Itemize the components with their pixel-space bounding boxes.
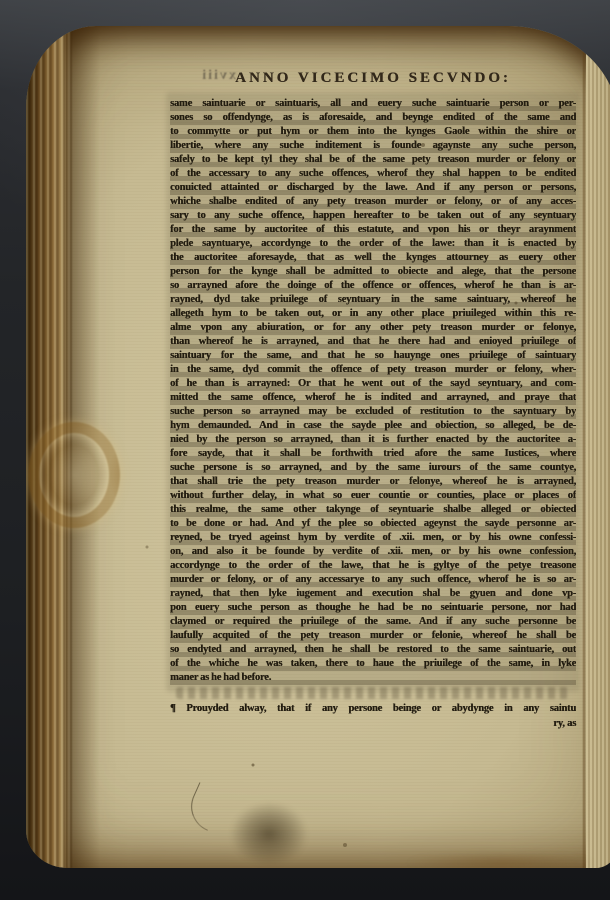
text-line: in the same, dyd commit the offence of p…: [170, 363, 576, 377]
text-line: the auctoritee aforesayde, that as well …: [170, 251, 576, 265]
text-line: person for the kynge shall be admitted t…: [170, 265, 576, 279]
text-line: so arrayned afore the doinge of the offe…: [170, 279, 576, 293]
page-title: ANNO VICECIMO SECVNDO:: [170, 70, 576, 87]
photo-background: xviii ANNO VICECIMO SECVNDO: same saintu…: [0, 0, 610, 900]
text-line: pon euery suche person as thoughe he had…: [170, 601, 576, 615]
text-line: sary to any suche offence, happen hereaf…: [170, 209, 576, 223]
glass-page-clip: [28, 422, 120, 528]
fore-edge-pages: [586, 26, 610, 868]
text-line: saintuary for the same, and that he so h…: [170, 349, 576, 363]
catchword: ry, as: [170, 717, 576, 731]
text-line: same saintuarie or saintuaris, all and e…: [170, 97, 576, 111]
text-line: without further delay, in what so euer c…: [170, 489, 576, 503]
stain-bottom-edge: [406, 852, 596, 868]
text-line: to be done or had. And yf the plee so ob…: [170, 517, 576, 531]
pilcrow-mark: ¶: [170, 703, 175, 714]
text-line: claymed or required the priuilege of the…: [170, 615, 576, 629]
book-page: xviii ANNO VICECIMO SECVNDO: same saintu…: [26, 26, 610, 868]
text-line: to commytte or put hym or them into the …: [170, 125, 576, 139]
text-line: than whereof he is arrayned, and that he…: [170, 335, 576, 349]
text-line: alme vpon any abiuration, or for any oth…: [170, 321, 576, 335]
text-line: of he than is arrayned: Or that he went …: [170, 377, 576, 391]
text-line: of the whiche he was taken, there to hau…: [170, 657, 576, 671]
text-line: accordynge to the order of the lawe, tha…: [170, 559, 576, 573]
text-line: rayned, that then lyke iugement and exec…: [170, 587, 576, 601]
text-line: that shall trie the pety treason murder …: [170, 475, 576, 489]
text-line: on, and also it be founde by verdite of …: [170, 545, 576, 559]
text-line: conuicted attainted or discharged by the…: [170, 181, 576, 195]
text-block: same saintuarie or saintuaris, all and e…: [170, 97, 576, 685]
text-line: maner as he had before.: [170, 671, 576, 685]
ink-showthrough-band: [176, 687, 568, 699]
text-line: this realme, the same other takynge of s…: [170, 503, 576, 517]
text-line: safely to be kept tyl they shal be of th…: [170, 153, 576, 167]
text-line: so endyted and arrayned, then he shall b…: [170, 643, 576, 657]
stain-fingerprint: [230, 802, 308, 866]
proviso-paragraph: ¶ Prouyded alway, that if any persone be…: [170, 702, 576, 716]
text-line: laufully acquited of the pety treason mu…: [170, 629, 576, 643]
proviso-text: Prouyded alway, that if any persone bein…: [186, 703, 576, 714]
text-line: murder or felony, or of any accessarye t…: [170, 573, 576, 587]
text-line: whiche shalbe endited of any pety treaso…: [170, 195, 576, 209]
text-line: rayned, dyd take priuilege of seyntuary …: [170, 293, 576, 307]
paper-specks: [26, 26, 28, 28]
text-line: mitted the same offence, wherof he is in…: [170, 391, 576, 405]
text-line: libertie, where any suche inditement is …: [170, 139, 576, 153]
text-line: for the same by auctoritee of this estat…: [170, 223, 576, 237]
text-line: fore sayde, that it shall be forthwith t…: [170, 447, 576, 461]
text-line: plede sayntuarye, accordynge to the orde…: [170, 237, 576, 251]
text-line: allegeth hym to be taken out, or in any …: [170, 307, 576, 321]
text-line: nied by the person so arrayned, than it …: [170, 433, 576, 447]
text-line: sones so offendynge, as is aforesaide, a…: [170, 111, 576, 125]
text-line: suche persone is so arrayned, and by the…: [170, 461, 576, 475]
text-line: suche person so arrayned may be excluded…: [170, 405, 576, 419]
text-line: of the accessary to any suche offences, …: [170, 167, 576, 181]
text-line: hym demaunded. And in case the sayde ple…: [170, 419, 576, 433]
text-line: reyned, be tryed ageinst hym by verdite …: [170, 531, 576, 545]
hair-fiber: [183, 782, 224, 830]
